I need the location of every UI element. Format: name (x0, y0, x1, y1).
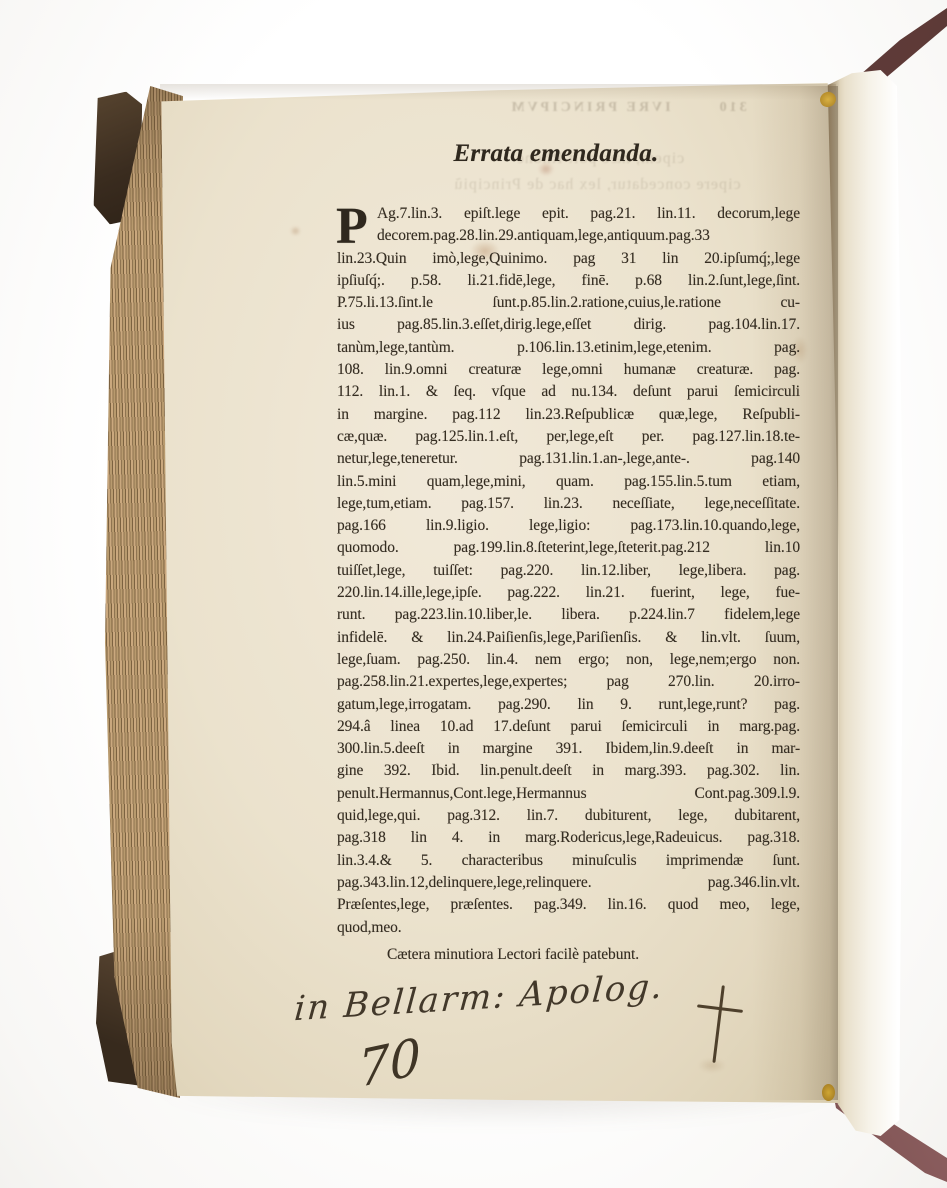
errata-line: lin.3.4.& 5. characteribus minuſculis im… (337, 850, 800, 872)
errata-line: penult.Hermannus,Cont.lege,Hermannus Con… (337, 783, 800, 805)
errata-line: Cætera minutiora Lectori facilè patebunt… (337, 944, 800, 966)
errata-line: in margine. pag.112 lin.23.Reſpublicæ qu… (337, 404, 800, 426)
errata-line: 220.lin.14.ille,lege,ipſe. pag.222. lin.… (337, 582, 800, 604)
errata-line: cæ,quæ. pag.125.lin.1.eſt, per,lege,eſt … (337, 426, 800, 448)
endband-bottom (822, 1084, 835, 1101)
errata-line: Præſentes,lege, præſentes. pag.349. lin.… (337, 894, 800, 916)
errata-line: pag.343.lin.12,delinquere,lege,relinquer… (337, 872, 800, 894)
errata-line: runt. pag.223.lin.10.liber,le. libera. p… (337, 604, 800, 626)
errata-line: gatum,lege,irrogatam. pag.290. lin 9. ru… (337, 694, 800, 716)
errata-text-block: Ag.7.lin.3. epiſt.lege epit. pag.21. lin… (337, 203, 800, 966)
errata-line: quid,lege,qui. pag.312. lin.7. dubituren… (337, 805, 800, 827)
book-photograph: 310 IVRE PRINCIPVM cipem, hæc poſt Rhone… (0, 0, 947, 1188)
errata-line: lege,ſuam. pag.250. lin.4. nem ergo; non… (337, 649, 800, 671)
showthrough-line: cipere concedatur, lex hac de Principiũ (382, 176, 812, 194)
errata-line: tanùm,lege,tantùm. p.106.lin.13.etinim,l… (337, 337, 800, 359)
errata-line: pag.166 lin.9.ligio. lege,ligio: pag.173… (337, 515, 800, 537)
errata-line: lin.23.Quin imò,lege,Quinimo. pag 31 lin… (337, 248, 800, 270)
errata-line: tuiſſet,lege, tuiſſet: pag.220. lin.12.l… (337, 560, 800, 582)
page-top-shading (160, 84, 836, 100)
stain (290, 226, 301, 236)
showthrough-page-number: 310 (717, 100, 747, 116)
errata-line: lege,tum,etiam. pag.157. lin.23. neceſſi… (337, 493, 800, 515)
handwritten-cross-mark (688, 982, 747, 1067)
showthrough-running-header: 310 IVRE PRINCIPVM (455, 100, 800, 116)
errata-line: quomodo. pag.199.lin.8.ſteterint,lege,ſt… (337, 537, 800, 559)
errata-line: 108. lin.9.omni creaturæ lege,omni human… (337, 359, 800, 381)
errata-line: P.75.li.13.ſint.le ſunt.p.85.lin.2.ratio… (337, 292, 800, 314)
errata-line: lin.5.mini quam,lege,mini, quam. pag.155… (337, 471, 800, 493)
showthrough-header-text: IVRE PRINCIPVM (508, 100, 670, 116)
errata-line: decorem.pag.28.lin.29.antiquam,lege,anti… (377, 225, 800, 247)
errata-line: 112. lin.1. & ſeq. vſque ad nu.134. deſu… (337, 381, 800, 403)
errata-line: 300.lin.5.deeſt in margine 391. Ibidem,l… (337, 738, 800, 760)
errata-line: pag.258.lin.21.expertes,lege,expertes; p… (337, 671, 800, 693)
errata-line: netur,lege,teneretur. pag.131.lin.1.an-,… (337, 448, 800, 470)
errata-line: 294.â linea 10.ad 17.deſunt parui ſemici… (337, 716, 800, 738)
errata-line: Ag.7.lin.3. epiſt.lege epit. pag.21. lin… (377, 203, 800, 225)
errata-line: quod,meo. (337, 917, 800, 939)
errata-line: ius pag.85.lin.3.eſſet,dirig.lege,eſſet … (337, 314, 800, 336)
errata-line: infidelē. & lin.24.Paiſienſis,lege,Pariſ… (337, 627, 800, 649)
errata-line: pag.318 lin 4. in marg.Rodericus,lege,Ra… (337, 827, 800, 849)
errata-line: ipſiuſq́;. p.58. li.21.fidē,lege, finē. … (337, 270, 800, 292)
cross-vertical-stroke (712, 985, 724, 1063)
page-title: Errata emendanda. (436, 140, 676, 168)
errata-line: gine 392. Ibid. lin.penult.deeſt in marg… (337, 760, 800, 782)
